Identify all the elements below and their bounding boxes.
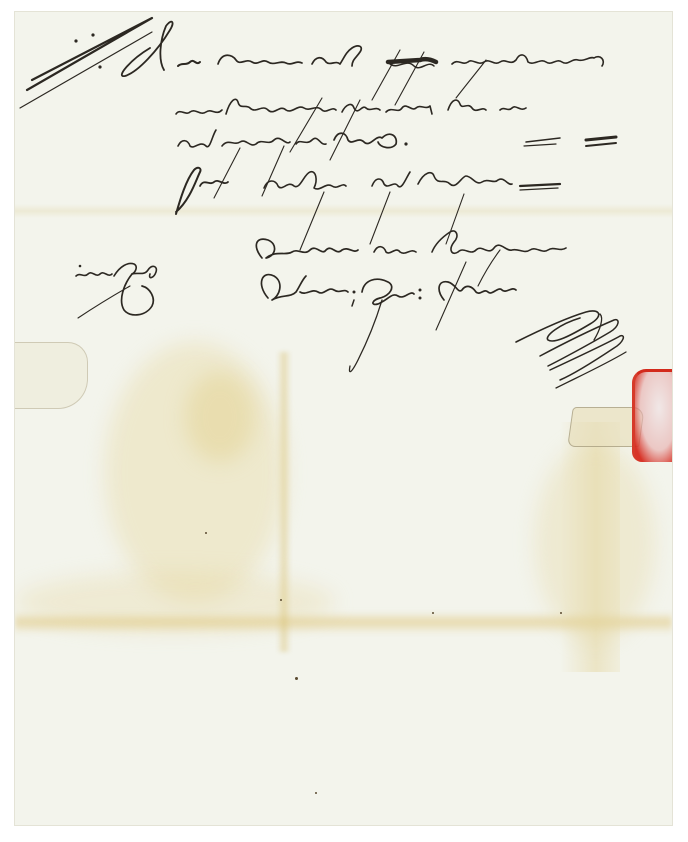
foxing-spot [280,599,282,601]
water-stain [535,442,655,642]
water-stain [185,372,255,462]
paper-repair-left [15,342,88,409]
water-stain [15,572,335,632]
letter-paper [15,12,672,825]
foxing-spot [560,612,562,614]
foxing-spot [315,792,317,794]
red-wax-seal-remnant [632,369,672,462]
foxing-spot [432,612,434,614]
foxing-spot [205,532,207,534]
fold-crease-upper [15,204,672,218]
foxing-spot [295,677,298,680]
water-stain [105,342,285,602]
